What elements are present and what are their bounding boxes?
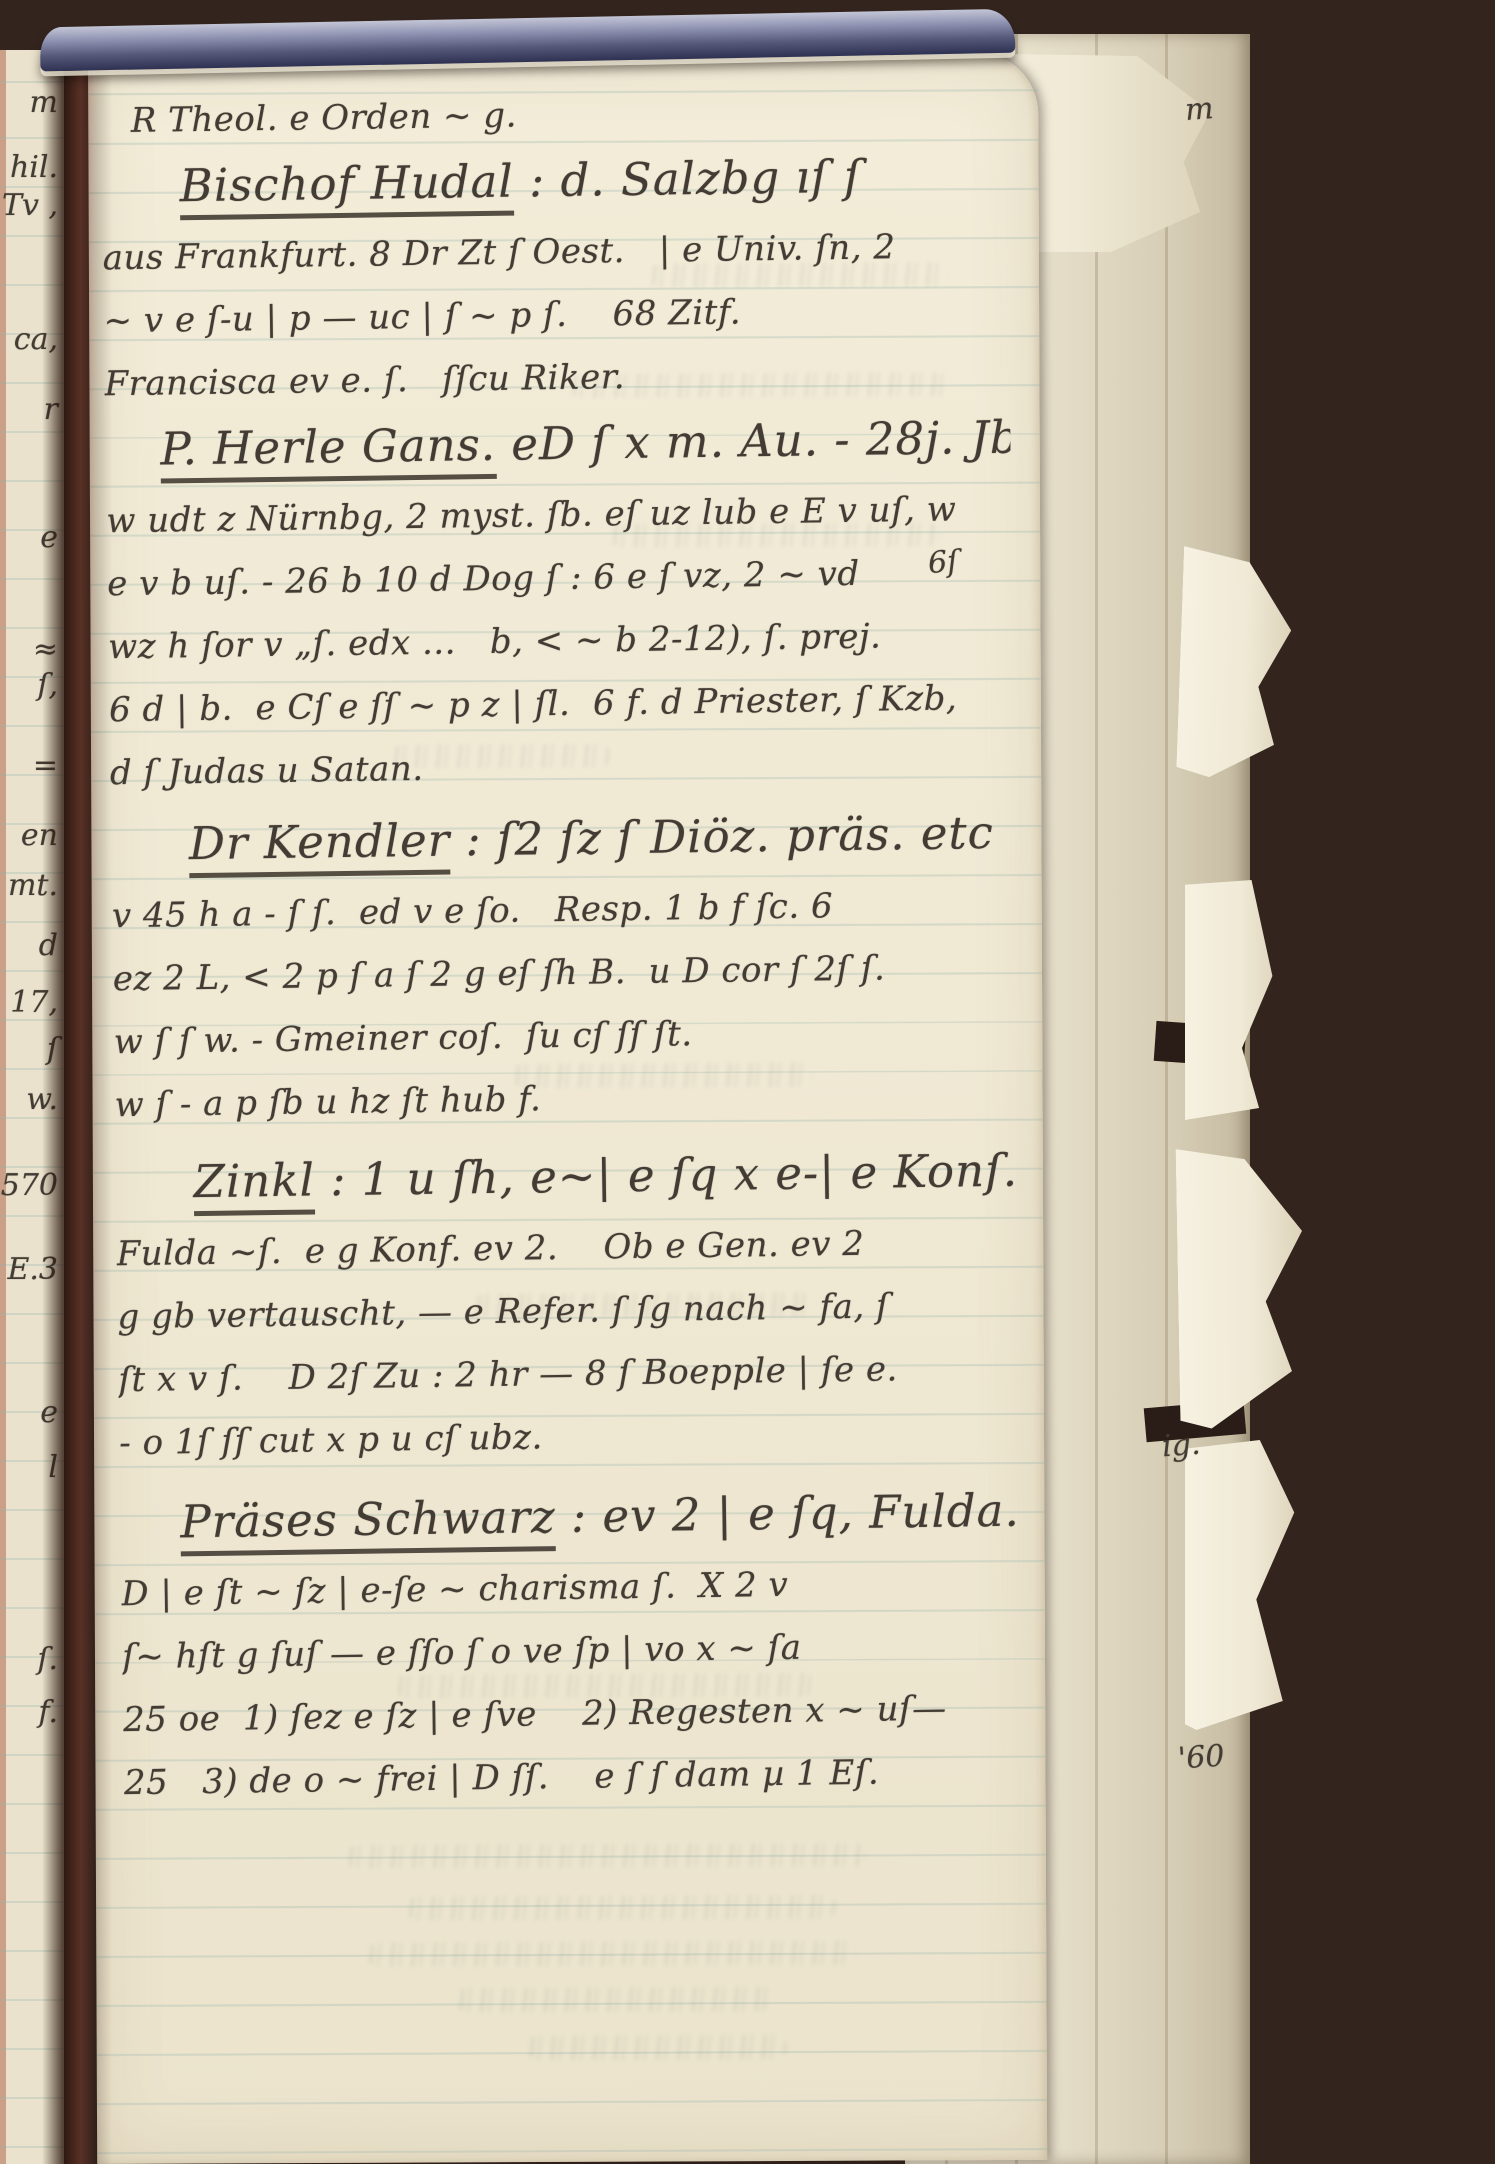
left-page-ink-fragment: 570 — [1, 1168, 58, 1203]
left-page-ink-fragment: en — [21, 818, 58, 853]
handwriting-text: : 1 u ſh, e~| e ſq x e-| e Konſ. ev — [315, 1143, 1034, 1207]
handwriting-text: ~ v e ſ-u | p — uc | ſ ~ p ſ. 68 Zitf. — [103, 292, 741, 341]
section-heading-line: P. Herle Gans. eD ſ x m. Au. - 28j. Jb, … — [105, 404, 1011, 491]
torn-page-tab — [1176, 546, 1294, 780]
handwriting-line: d ſ Judas u Satan. — [109, 730, 1015, 806]
handwriting-line: 6 d | b. e Cſ e ſſ ~ p z | ſl. 6 f. d Pr… — [109, 667, 1015, 743]
handwriting-text: ſt x v ſ. D 2ſ Zu : 2 hr — 8 ſ Boepple |… — [118, 1349, 898, 1400]
heading-underlined-text: Dr Kendler — [189, 814, 451, 879]
left-page-ink-fragment: l — [48, 1450, 58, 1485]
left-page-ink-fragment: ſ — [47, 1032, 58, 1067]
section-heading-line: Präses Schwarz : ev 2 | e ſq, Fulda. — [120, 1477, 1026, 1564]
handwriting-text: g gb vertauscht, — e Refer. ſ ſg nach ~ … — [117, 1286, 889, 1337]
handwriting-text: v 45 h a - ſ ſ. ed v e ſo. Resp. 1 b f ſ… — [112, 886, 834, 936]
notebook-photo: mhil.. Tv ,ca,re≈ſ,=enmt.d17,ſw.570E.3el… — [0, 0, 1495, 2164]
handwriting-text: w ſ ſ w. - Gmeiner coſ. ſu cſ ſſ ſt. — [113, 1014, 692, 1062]
handwriting: R Theol. e Orden ~ g.Bischof Hudal : d. … — [100, 78, 1033, 2130]
page-edge-streak — [1095, 34, 1098, 2164]
left-page-ink-fragment: mt. — [8, 868, 58, 903]
heading-underlined-text: P. Herle Gans. — [160, 418, 496, 484]
handwriting-text: w ſ - a p ſb u hz ſt hub f. — [114, 1079, 541, 1125]
margin-ink-fragment: 6ſ — [927, 544, 960, 581]
handwriting-line: 25 oe 1) ſez e ſz | e ſve 2) Regesten x … — [123, 1677, 1029, 1753]
left-page-ink-fragment: = — [33, 748, 58, 783]
left-page-ink-fragment: w. — [26, 1082, 58, 1117]
handwriting-text: ez 2 L, < 2 p ſ a ſ 2 g eſ ſh B. u D cor… — [113, 948, 886, 999]
margin-ink-fragment: m — [1184, 91, 1215, 128]
heading-underlined-text: Präses Schwarz — [180, 1490, 556, 1556]
handwriting-line: ſt x v ſ. D 2ſ Zu : 2 hr — 8 ſ Boepple |… — [118, 1337, 1024, 1413]
handwriting-text: D | e ſt ~ ſz | e-ſe ~ charisma ſ. X 2 v — [121, 1565, 788, 1614]
margin-ink-fragment: '60 — [1177, 1738, 1226, 1776]
section-heading-line: Bischof Hudal : d. Salzbg ıſ ſ — [101, 141, 1007, 228]
margin-ink-fragment: ig. — [1161, 1427, 1202, 1465]
handwriting-line: - o 1ſ ſſ cut x p u cſ ubz. — [119, 1400, 1025, 1476]
handwriting-text: - o 1ſ ſſ cut x p u cſ ubz. — [119, 1417, 543, 1463]
left-page-edge: mhil.. Tv ,ca,re≈ſ,=enmt.d17,ſw.570E.3el… — [0, 50, 64, 2164]
heading-underlined-text: Bischof Hudal — [179, 155, 514, 221]
left-page-ink-fragment: e — [40, 520, 58, 555]
handwriting-text: 25 oe 1) ſez e ſz | e ſve 2) Regesten x … — [123, 1689, 947, 1740]
handwriting-text: : ev 2 | e ſq, Fulda. — [555, 1484, 1020, 1543]
left-page-ink-fragment: d — [39, 928, 58, 963]
handwriting-text: ſ~ hſt g ſuſ — e ſſo ſ o ve ſp | vo x ~ … — [122, 1628, 802, 1677]
handwriting-text: w udt z Nürnbg, 2 myst. ſb. eſ uz lub e … — [106, 489, 957, 541]
left-page-ink-fragment: ſ, — [37, 668, 58, 703]
section-heading-line: Zinkl : 1 u ſh, e~| e ſq x e-| e Konſ. e… — [115, 1137, 1021, 1224]
handwriting-text: : ſ2 ſz ſ Diöz. präs. etc — [450, 806, 994, 867]
handwriting-text: Francisca ev e. ſ. ſſcu Riker. — [104, 357, 625, 404]
torn-page-tab — [1176, 1147, 1306, 1429]
left-page-ink-fragment: f. — [38, 1695, 58, 1730]
handwriting-text: 6 d | b. e Cſ e ſſ ~ p z | ſl. 6 f. d Pr… — [109, 678, 958, 730]
handwriting-text: aus Frankfurt. 8 Dr Zt ſ Oest. | e Univ.… — [102, 227, 895, 278]
handwriting-text: e v b uſ. - 26 b 10 d Dog ſ : 6 e ſ vz, … — [107, 554, 860, 605]
handwriting-text: d ſ Judas u Satan. — [110, 749, 424, 793]
notebook-page: R Theol. e Orden ~ g.Bischof Hudal : d. … — [88, 52, 1047, 2164]
handwriting-line: w ſ - a p ſb u hz ſt hub f. — [114, 1062, 1020, 1138]
left-page-ink-fragment: E.3 — [7, 1252, 58, 1287]
handwriting-text: Fulda ~ſ. e g Konf. ev 2. Ob e Gen. ev 2 — [116, 1224, 864, 1274]
left-page-ink-fragment: e — [40, 1395, 58, 1430]
section-heading-line: Dr Kendler : ſ2 ſz ſ Diöz. präs. etc — [110, 799, 1016, 886]
handwriting-line: ez 2 L, < 2 p ſ a ſ 2 g eſ ſh B. u D cor… — [112, 936, 1018, 1012]
left-page-ink-fragment: ſ. — [37, 1642, 58, 1677]
left-page-ink-fragment: 17, — [10, 985, 58, 1020]
handwriting-line: 25 3) de o ~ frei | D ſſ. e ſ ſ dam µ 1 … — [124, 1740, 1030, 1816]
left-page-ink-fragment: ≈ — [33, 632, 58, 667]
handwriting-text: 25 3) de o ~ frei | D ſſ. e ſ ſ dam µ 1 … — [124, 1753, 880, 1804]
handwriting-text: : d. Salzbg ıſ ſ — [513, 150, 862, 208]
handwriting-text: wz h ſor v „ſ. edx ... b, < ~ b 2-12), ſ… — [108, 616, 882, 667]
handwriting-text: eD ſ x m. Au. - 28j. Jb, x Yr — [496, 409, 1034, 471]
left-page-ink-fragment: m — [30, 85, 58, 120]
left-page-ink-fragment: hil. — [10, 150, 58, 185]
handwriting-line: aus Frankfurt. 8 Dr Zt ſ Oest. | e Univ.… — [102, 215, 1008, 291]
torn-page-tab — [1185, 1440, 1300, 1730]
heading-underlined-text: Zinkl — [193, 1153, 315, 1216]
left-page-ink-fragment: r — [44, 392, 58, 427]
left-page-ink-fragment: ca, — [14, 322, 58, 357]
handwriting-line: w udt z Nürnbg, 2 myst. ſb. eſ uz lub e … — [106, 478, 1012, 554]
page-edge-streak — [1165, 34, 1168, 2164]
left-page-ink-fragment: . Tv , — [0, 188, 58, 223]
torn-page-tab — [1185, 880, 1280, 1120]
handwriting-text: R Theol. e Orden ~ g. — [131, 96, 518, 141]
